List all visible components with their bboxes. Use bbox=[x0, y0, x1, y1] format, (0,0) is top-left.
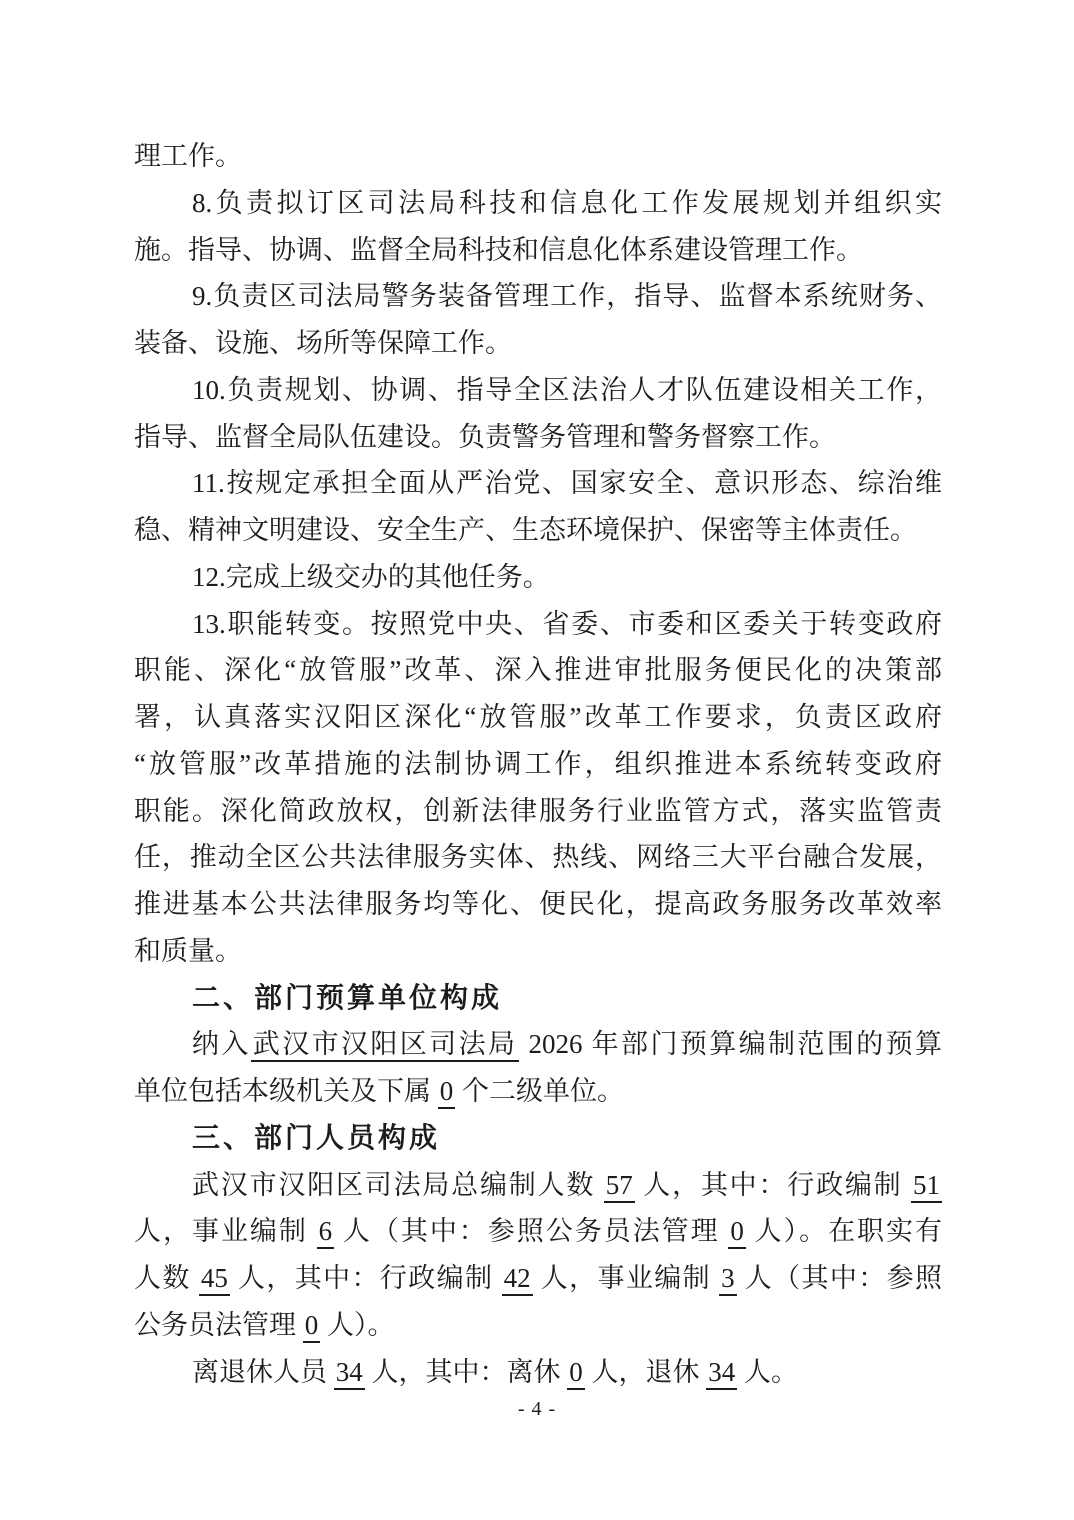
text-line: 和质量。 bbox=[134, 928, 942, 975]
underlined-value: 45 bbox=[199, 1263, 230, 1296]
underlined-value: 武汉市汉阳区司法局 bbox=[251, 1029, 520, 1062]
underlined-value: 6 bbox=[317, 1216, 335, 1249]
text-segment: 三、部门人员构成 bbox=[192, 1122, 440, 1153]
text-segment: 武汉市汉阳区司法局总编制人数 bbox=[192, 1170, 604, 1200]
text-segment: 和质量。 bbox=[134, 936, 242, 966]
text-segment: 2026 年部门预算编制范围的预算 bbox=[519, 1029, 942, 1059]
text-segment: 离退休人员 bbox=[192, 1357, 334, 1387]
text-segment: 人，事业编制 bbox=[134, 1216, 317, 1246]
text-segment: 装备、设施、场所等保障工作。 bbox=[134, 328, 512, 358]
text-line: 署，认真落实汉阳区深化“放管服”改革工作要求，负责区政府 bbox=[134, 694, 942, 741]
text-segment: 12.完成上级交办的其他任务。 bbox=[192, 562, 550, 592]
text-segment: 人（其中：参照 bbox=[737, 1263, 942, 1293]
underlined-value: 51 bbox=[911, 1170, 942, 1203]
section-heading: 三、部门人员构成 bbox=[134, 1115, 942, 1162]
text-line: 职能、深化“放管服”改革、深入推进审批服务便民化的决策部 bbox=[134, 647, 942, 694]
underlined-value: 0 bbox=[438, 1076, 456, 1109]
text-segment: 11.按规定承担全面从严治党、国家安全、意识形态、综治维 bbox=[192, 468, 942, 498]
text-line: “放管服”改革措施的法制协调工作，组织推进本系统转变政府 bbox=[134, 741, 942, 788]
text-line: 13.职能转变。按照党中央、省委、市委和区委关于转变政府 bbox=[134, 601, 942, 648]
text-segment: 署，认真落实汉阳区深化“放管服”改革工作要求，负责区政府 bbox=[134, 702, 942, 732]
text-segment: 稳、精神文明建设、安全生产、生态环境保护、保密等主体责任。 bbox=[134, 515, 917, 545]
text-segment: 人。 bbox=[737, 1357, 798, 1387]
text-segment: “放管服”改革措施的法制协调工作，组织推进本系统转变政府 bbox=[134, 749, 942, 779]
text-line: 人数 45 人，其中：行政编制 42 人，事业编制 3 人（其中：参照 bbox=[134, 1255, 942, 1302]
text-segment: 任，推动全区公共法律服务实体、热线、网络三大平台融合发展， bbox=[134, 842, 942, 872]
text-segment: 8.负责拟订区司法局科技和信息化工作发展规划并组织实 bbox=[192, 188, 942, 218]
text-segment: 个二级单位。 bbox=[455, 1076, 624, 1106]
text-line: 推进基本公共法律服务均等化、便民化，提高政务服务改革效率 bbox=[134, 881, 942, 928]
text-segment: 理工作。 bbox=[134, 141, 242, 171]
document-body: 理工作。8.负责拟订区司法局科技和信息化工作发展规划并组织实施。指导、协调、监督… bbox=[134, 133, 942, 1395]
underlined-value: 34 bbox=[334, 1357, 365, 1390]
text-segment: 人（其中：参照公务员法管理 bbox=[334, 1216, 728, 1246]
underlined-value: 34 bbox=[706, 1357, 737, 1390]
text-line: 指导、监督全局队伍建设。负责警务管理和警务督察工作。 bbox=[134, 414, 942, 461]
text-line: 任，推动全区公共法律服务实体、热线、网络三大平台融合发展， bbox=[134, 834, 942, 881]
text-line: 稳、精神文明建设、安全生产、生态环境保护、保密等主体责任。 bbox=[134, 507, 942, 554]
text-line: 8.负责拟订区司法局科技和信息化工作发展规划并组织实 bbox=[134, 180, 942, 227]
text-line: 单位包括本级机关及下属 0 个二级单位。 bbox=[134, 1068, 942, 1115]
text-segment: 13.职能转变。按照党中央、省委、市委和区委关于转变政府 bbox=[192, 609, 942, 639]
underlined-value: 42 bbox=[502, 1263, 533, 1296]
text-line: 11.按规定承担全面从严治党、国家安全、意识形态、综治维 bbox=[134, 460, 942, 507]
text-segment: 人，其中：行政编制 bbox=[230, 1263, 502, 1293]
text-segment: 人，其中：离休 bbox=[365, 1357, 568, 1387]
text-segment: 人，退休 bbox=[585, 1357, 707, 1387]
text-segment: 指导、监督全局队伍建设。负责警务管理和警务督察工作。 bbox=[134, 422, 836, 452]
text-line: 10.负责规划、协调、指导全区法治人才队伍建设相关工作， bbox=[134, 367, 942, 414]
text-line: 9.负责区司法局警务装备管理工作，指导、监督本系统财务、 bbox=[134, 273, 942, 320]
underlined-value: 57 bbox=[604, 1170, 635, 1203]
text-segment: 人）。在职实有 bbox=[746, 1216, 942, 1246]
text-line: 12.完成上级交办的其他任务。 bbox=[134, 554, 942, 601]
text-segment: 10.负责规划、协调、指导全区法治人才队伍建设相关工作， bbox=[192, 375, 942, 405]
section-heading: 二、部门预算单位构成 bbox=[134, 975, 942, 1022]
text-line: 公务员法管理 0 人）。 bbox=[134, 1302, 942, 1349]
text-line: 职能。深化简政放权，创新法律服务行业监管方式，落实监管责 bbox=[134, 788, 942, 835]
underlined-value: 3 bbox=[719, 1263, 737, 1296]
text-segment: 职能。深化简政放权，创新法律服务行业监管方式，落实监管责 bbox=[134, 796, 942, 826]
text-line: 理工作。 bbox=[134, 133, 942, 180]
text-segment: 9.负责区司法局警务装备管理工作，指导、监督本系统财务、 bbox=[192, 281, 942, 311]
text-segment: 人，事业编制 bbox=[533, 1263, 720, 1293]
text-segment: 单位包括本级机关及下属 bbox=[134, 1076, 438, 1106]
text-segment: 二、部门预算单位构成 bbox=[192, 982, 502, 1013]
underlined-value: 0 bbox=[728, 1216, 746, 1249]
document-page: 理工作。8.负责拟订区司法局科技和信息化工作发展规划并组织实施。指导、协调、监督… bbox=[0, 0, 1074, 1520]
text-line: 纳入武汉市汉阳区司法局 2026 年部门预算编制范围的预算 bbox=[134, 1021, 942, 1068]
text-segment: 人）。 bbox=[320, 1310, 394, 1340]
text-line: 武汉市汉阳区司法局总编制人数 57 人，其中：行政编制 51 bbox=[134, 1162, 942, 1209]
text-segment: 人数 bbox=[134, 1263, 199, 1293]
underlined-value: 0 bbox=[567, 1357, 585, 1390]
text-segment: 职能、深化“放管服”改革、深入推进审批服务便民化的决策部 bbox=[134, 655, 942, 685]
text-segment: 公务员法管理 bbox=[134, 1310, 303, 1340]
text-line: 装备、设施、场所等保障工作。 bbox=[134, 320, 942, 367]
text-segment: 施。指导、协调、监督全局科技和信息化体系建设管理工作。 bbox=[134, 235, 863, 265]
text-line: 施。指导、协调、监督全局科技和信息化体系建设管理工作。 bbox=[134, 227, 942, 274]
underlined-value: 0 bbox=[303, 1310, 321, 1343]
text-segment: 纳入 bbox=[192, 1029, 251, 1059]
text-line: 离退休人员 34 人，其中：离休 0 人，退休 34 人。 bbox=[134, 1349, 942, 1396]
text-line: 人，事业编制 6 人（其中：参照公务员法管理 0 人）。在职实有 bbox=[134, 1208, 942, 1255]
page-number: - 4 - bbox=[0, 1394, 1074, 1424]
text-segment: 人，其中：行政编制 bbox=[635, 1170, 911, 1200]
text-segment: 推进基本公共法律服务均等化、便民化，提高政务服务改革效率 bbox=[134, 889, 942, 919]
